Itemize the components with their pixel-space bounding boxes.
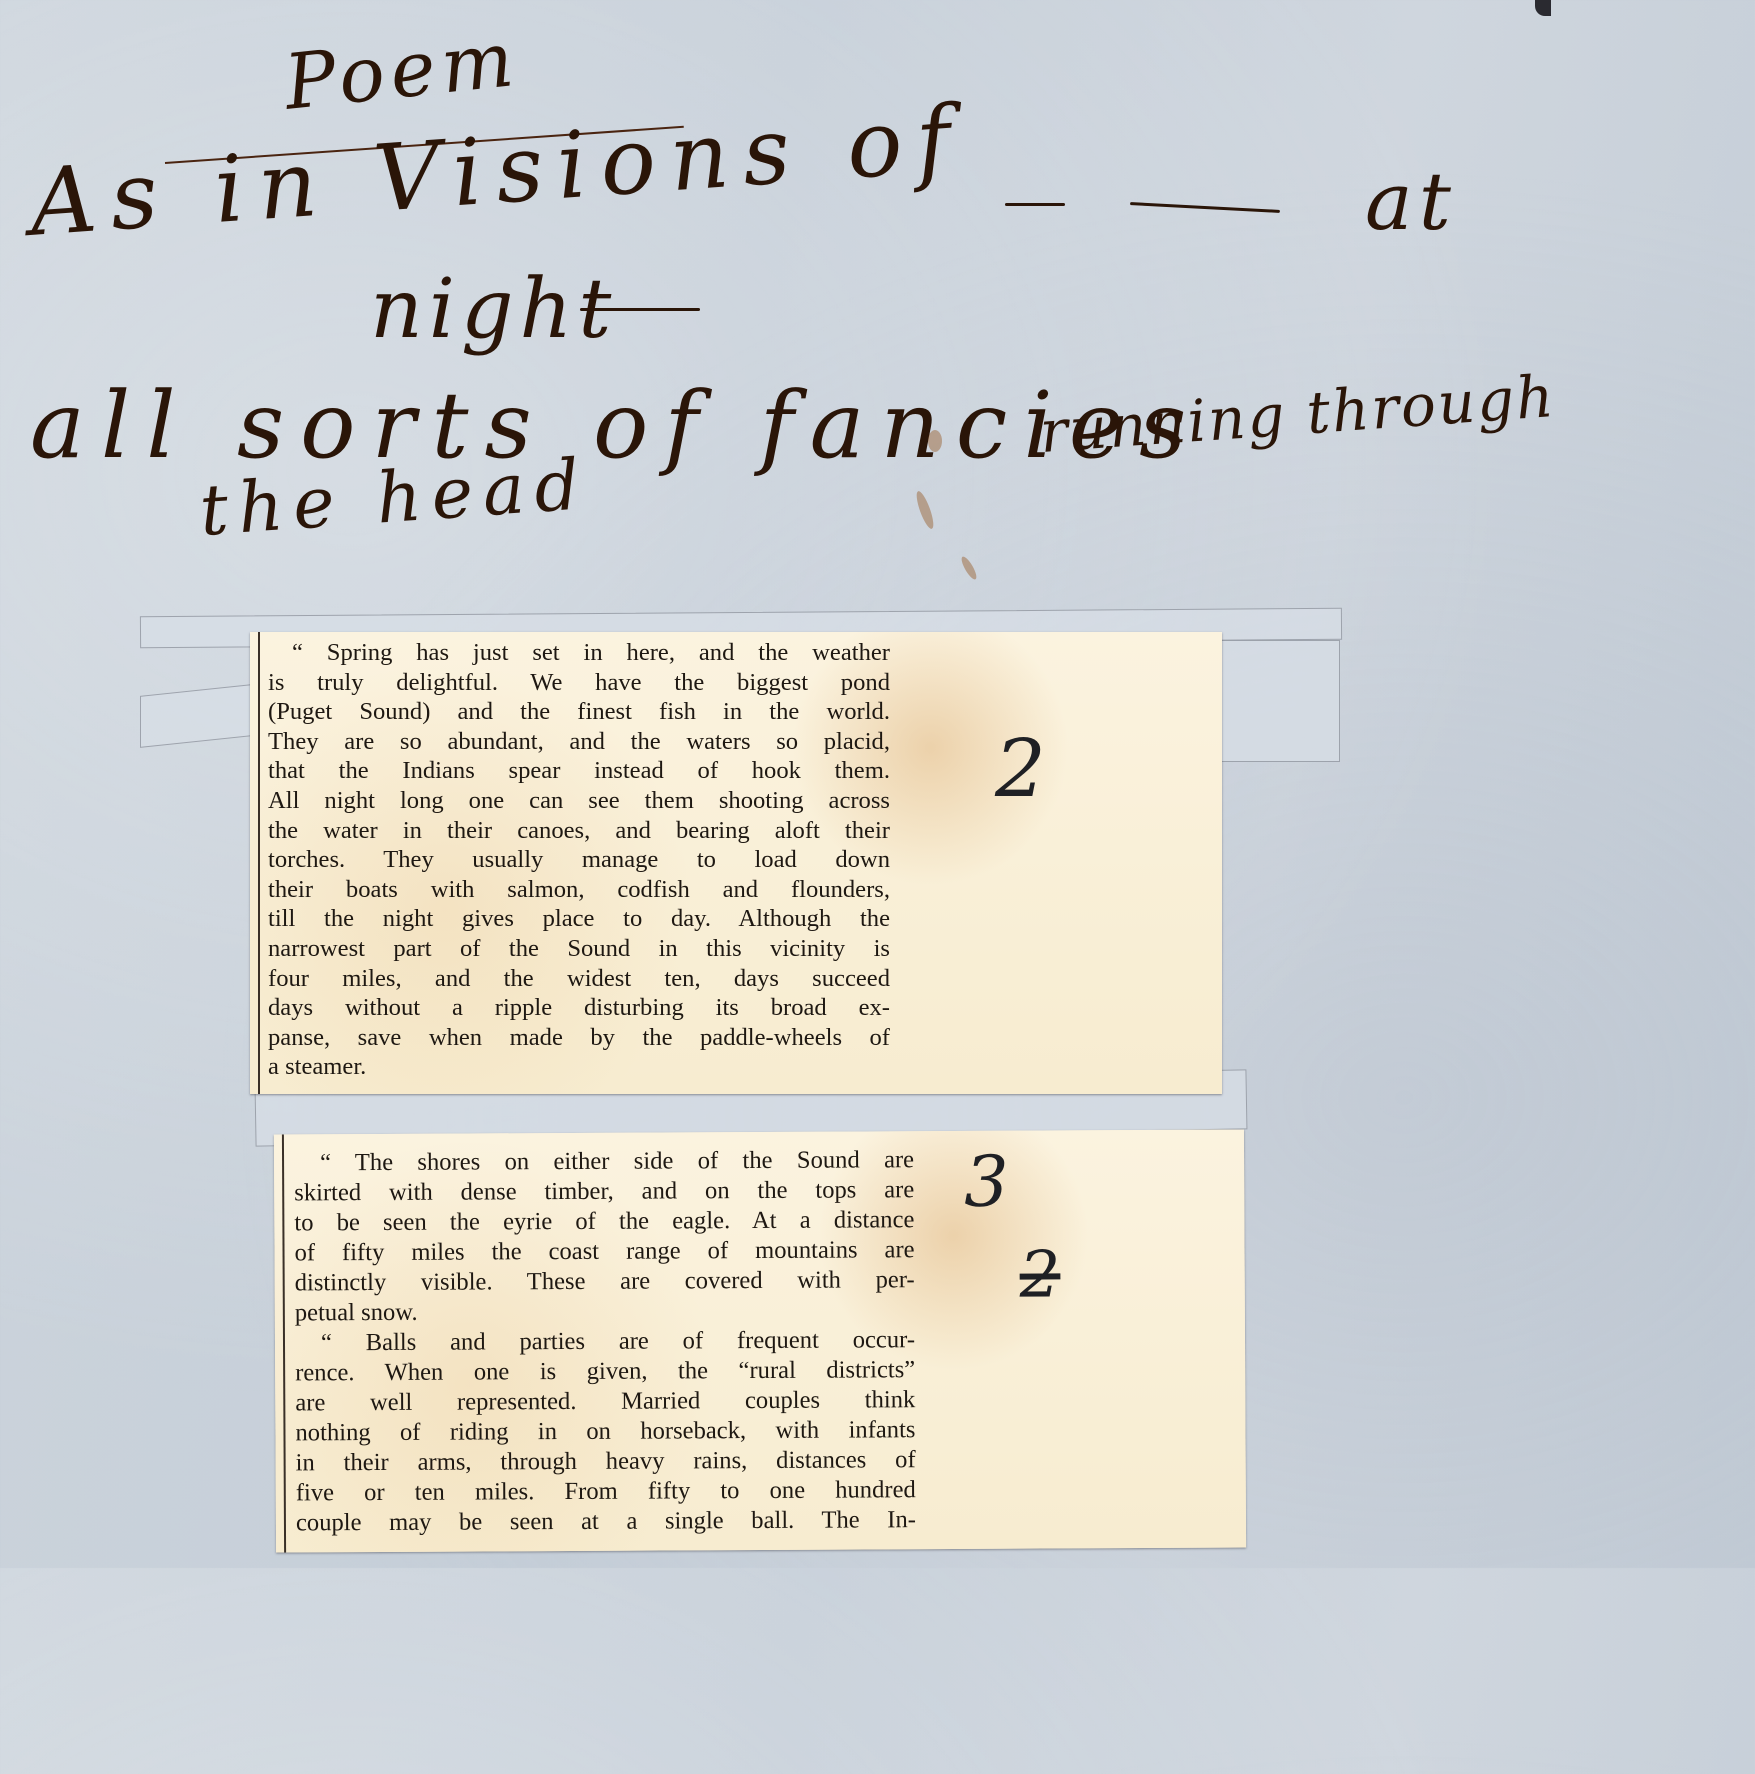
handwritten-dash bbox=[1130, 202, 1280, 213]
text-line: torches. They usually manage to load dow… bbox=[268, 845, 890, 875]
tape-strip bbox=[140, 684, 252, 748]
handwritten-title: Poem bbox=[280, 14, 523, 127]
text-line: panse, save when made by the paddle-whee… bbox=[268, 1023, 890, 1053]
text-line: till the night gives place to day. Altho… bbox=[268, 904, 890, 934]
tape-strip bbox=[1220, 640, 1340, 762]
handwritten-dash bbox=[1005, 203, 1065, 206]
handwritten-line-1-end: at bbox=[1365, 155, 1457, 248]
column-rule bbox=[282, 1134, 286, 1552]
newspaper-clipping-2: “ Spring has just set in here, and the w… bbox=[250, 632, 1222, 1094]
clipping-text: “ The shores on either side of the Sound… bbox=[294, 1145, 916, 1538]
text-line: “ The shores on either side of the Sound… bbox=[294, 1145, 914, 1178]
text-line: “ Balls and parties are of frequent occu… bbox=[295, 1325, 915, 1358]
text-line: skirted with dense timber, and on the to… bbox=[294, 1175, 914, 1208]
text-line: All night long one can see them shooting… bbox=[268, 786, 890, 816]
text-line: distinctly visible. These are covered wi… bbox=[295, 1265, 915, 1298]
text-line: couple may be seen at a single ball. The… bbox=[296, 1505, 916, 1538]
newspaper-clipping-3: “ The shores on either side of the Sound… bbox=[274, 1129, 1246, 1552]
text-line: are well represented. Married couples th… bbox=[295, 1385, 915, 1418]
crossed-out-number: 2 bbox=[1019, 1238, 1060, 1312]
text-line: rence. When one is given, the “rural dis… bbox=[295, 1355, 915, 1388]
text-line: of fifty miles the coast range of mounta… bbox=[294, 1235, 914, 1268]
text-line: the water in their canoes, and bearing a… bbox=[268, 816, 890, 846]
text-line: (Puget Sound) and the finest fish in the… bbox=[268, 697, 890, 727]
text-line: four miles, and the widest ten, days suc… bbox=[268, 964, 890, 994]
page-corner-shadow bbox=[1535, 0, 1551, 16]
text-line: five or ten miles. From fifty to one hun… bbox=[296, 1475, 916, 1508]
clipping-text: “ Spring has just set in here, and the w… bbox=[268, 638, 890, 1082]
handwritten-line-3: all sorts of fancies bbox=[30, 372, 1202, 479]
text-line: their boats with salmon, codfish and flo… bbox=[268, 875, 890, 905]
text-line: that the Indians spear instead of hook t… bbox=[268, 756, 890, 786]
ink-stain bbox=[959, 555, 979, 582]
ink-stain bbox=[928, 430, 942, 452]
text-line: narrowest part of the Sound in this vici… bbox=[268, 934, 890, 964]
clipping-number: 3 bbox=[964, 1141, 1009, 1223]
text-line: to be seen the eyrie of the eagle. At a … bbox=[294, 1205, 914, 1238]
text-line: nothing of riding in on horseback, with … bbox=[295, 1415, 915, 1448]
handwritten-dash bbox=[580, 308, 700, 311]
text-line: “ Spring has just set in here, and the w… bbox=[268, 638, 890, 668]
column-rule bbox=[258, 632, 260, 1094]
text-line: is truly delightful. We have the biggest… bbox=[268, 668, 890, 698]
text-line: petual snow. bbox=[295, 1295, 915, 1328]
clipping-number: 2 bbox=[995, 722, 1046, 815]
ink-stain bbox=[913, 489, 936, 530]
text-line: in their arms, through heavy rains, dist… bbox=[296, 1445, 916, 1478]
handwritten-line-1: As in Visions of bbox=[26, 85, 967, 257]
text-line: They are so abundant, and the waters so … bbox=[268, 727, 890, 757]
text-line: a steamer. bbox=[268, 1052, 890, 1082]
text-line: days without a ripple disturbing its bro… bbox=[268, 993, 890, 1023]
